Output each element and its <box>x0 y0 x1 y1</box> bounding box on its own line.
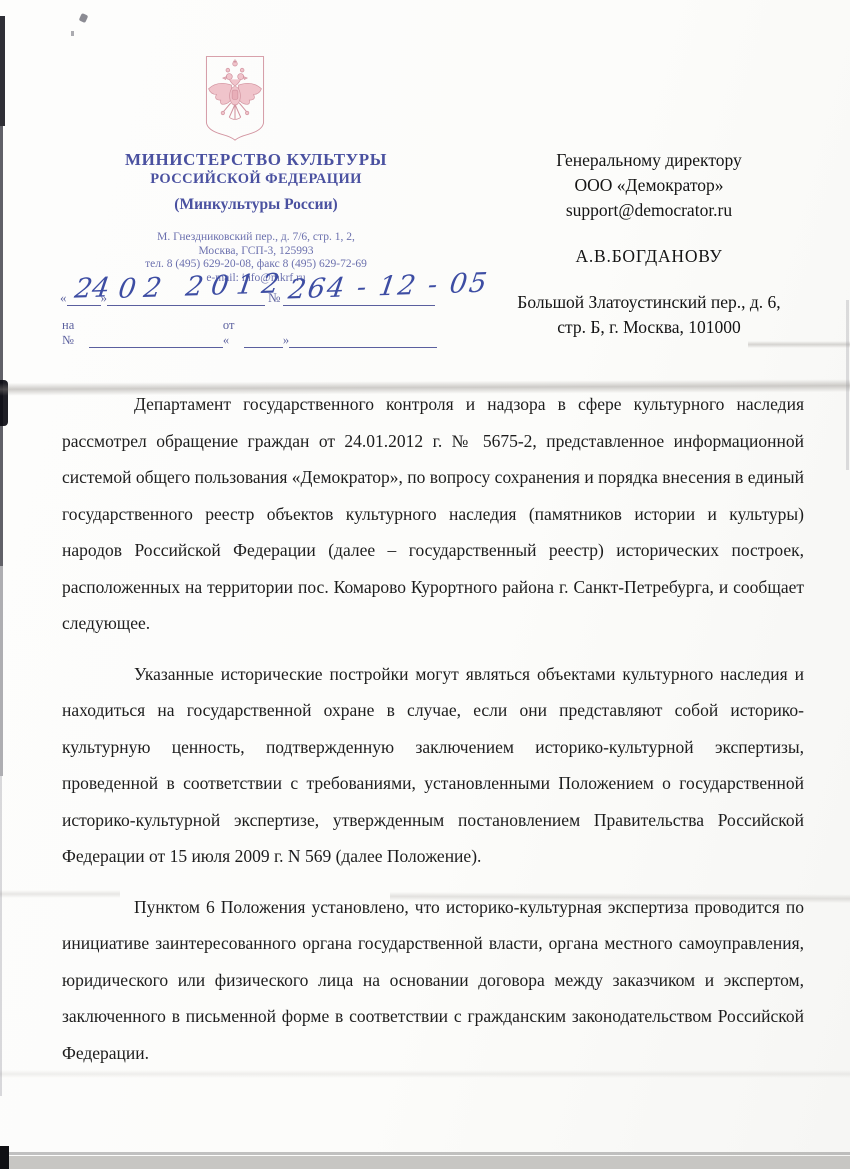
scan-right-edge-mark <box>846 300 849 470</box>
incoming-reference-line: на № от « » <box>62 318 437 348</box>
ministry-name-line2: РОССИЙСКОЙ ФЕДЕРАЦИИ <box>58 170 454 188</box>
recipient-organization: ООО «Демократор» <box>458 173 840 198</box>
letter-body: Департамент государственного контроля и … <box>62 386 804 1085</box>
recipient-email: support@democrator.ru <box>458 198 840 223</box>
recipient-block: Генеральному директору ООО «Демократор» … <box>458 148 840 340</box>
scan-left-edge-blob <box>0 380 8 426</box>
recipient-address-line1: Большой Златоустинский пер., д. 6, <box>458 290 840 315</box>
scan-bottom-edge <box>0 1152 850 1155</box>
recipient-address-line2: стр. Б, г. Москва, 101000 <box>458 315 840 340</box>
reply-number-underline <box>89 335 223 348</box>
scan-left-edge-mark <box>0 16 5 126</box>
outgoing-reference-line: « 24 » 02 2012 № 264 - 12 - 05 <box>60 272 440 316</box>
handwritten-month-year: 02 2012 <box>117 274 288 300</box>
body-paragraph-3: Пунктом 6 Положения установлено, что ист… <box>62 889 804 1072</box>
spacer <box>458 269 840 290</box>
letterhead-address-line2: Москва, ГСП-3, 125993 <box>58 245 454 259</box>
letterhead-ministry-block: МИНИСТЕРСТВО КУЛЬТУРЫ РОССИЙСКОЙ ФЕДЕРАЦ… <box>58 150 454 214</box>
scan-left-edge-mark <box>0 776 2 1096</box>
letterhead-address-line1: М. Гнездниковский пер., д. 7/6, стр. 1, … <box>58 231 454 245</box>
scan-left-edge-mark <box>0 566 3 776</box>
date-underline: 02 2012 <box>107 291 265 306</box>
body-paragraph-1: Департамент государственного контроля и … <box>62 386 804 642</box>
body-paragraph-2: Указанные исторические постройки могут я… <box>62 656 804 875</box>
recipient-name: А.В.БОГДАНОВУ <box>458 244 840 269</box>
spacer <box>458 223 840 244</box>
scan-bottom-blob <box>0 1146 9 1169</box>
scan-left-edge-mark <box>0 126 3 566</box>
russian-coat-of-arms-icon <box>199 53 271 143</box>
number-underline: 264 - 12 - 05 <box>283 291 435 306</box>
handwritten-day: 24 <box>73 278 110 299</box>
scan-bottom-edge <box>0 1156 850 1169</box>
reply-day-underline <box>244 335 283 348</box>
ministry-name-line1: МИНИСТЕРСТВО КУЛЬТУРЫ <box>58 150 454 170</box>
day-underline: 24 <box>67 291 101 306</box>
reply-date-underline <box>289 335 437 348</box>
ministry-short-name: (Минкультуры России) <box>58 195 454 214</box>
reply-prefix: на № <box>62 318 89 348</box>
reply-from: от « <box>223 318 244 348</box>
recipient-position: Генеральному директору <box>458 148 840 173</box>
paper-crease <box>748 341 850 348</box>
scan-speck <box>79 13 89 23</box>
scanned-letter-page: МИНИСТЕРСТВО КУЛЬТУРЫ РОССИЙСКОЙ ФЕДЕРАЦ… <box>0 0 850 1169</box>
scan-speck <box>71 31 74 36</box>
